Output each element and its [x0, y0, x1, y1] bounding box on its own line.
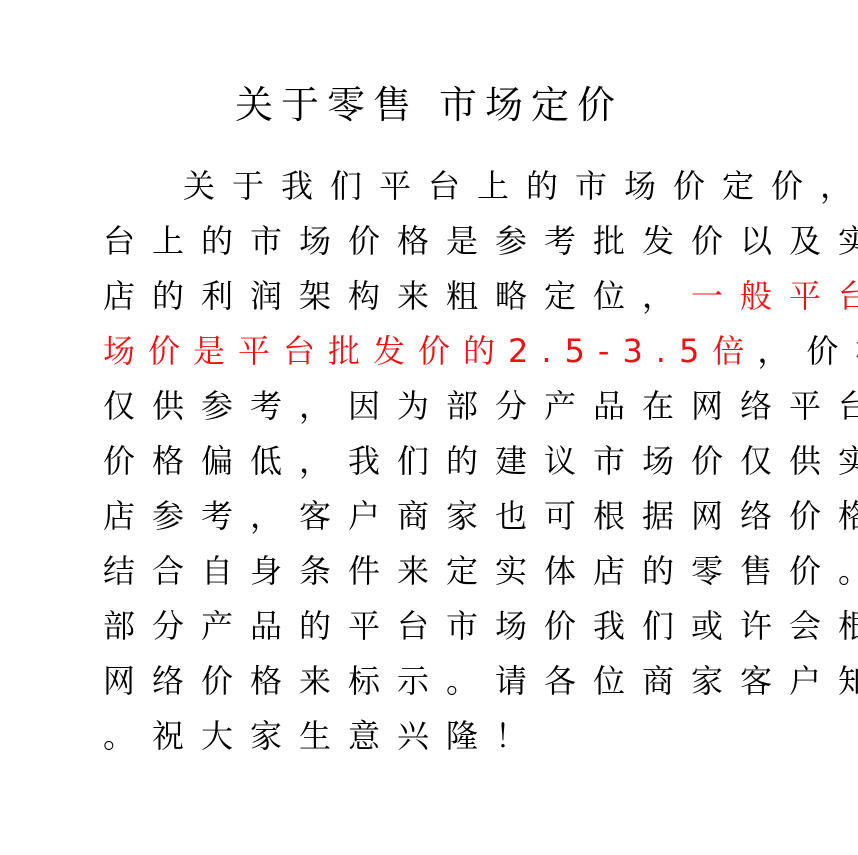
text-segment: 网络价格来标示。请各位商家客户知悉	[103, 662, 858, 700]
text-line: 。祝大家生意兴隆！	[103, 712, 803, 767]
notice-paragraph: 关于我们平台上的市场价定价，平 台上的市场价格是参考批发价以及实体 店的利润架构…	[103, 162, 803, 767]
text-segment: 价格偏低，我们的建议市场价仅供实体	[103, 442, 858, 480]
text-line: 关于我们平台上的市场价定价，平	[103, 162, 803, 217]
text-line: 网络价格来标示。请各位商家客户知悉	[103, 657, 803, 712]
text-line: 台上的市场价格是参考批发价以及实体	[103, 217, 803, 272]
highlight-text: 一般平台市	[691, 277, 858, 315]
text-line: 价格偏低，我们的建议市场价仅供实体	[103, 437, 803, 492]
text-segment: 台上的市场价格是参考批发价以及实体	[103, 222, 858, 260]
highlight-text: 场价是平台批发价的2.5-3.5倍	[103, 332, 757, 370]
text-segment: 店的利润架构来粗略定位，	[103, 277, 691, 315]
text-segment: ，价格	[757, 332, 858, 370]
text-line: 店的利润架构来粗略定位，一般平台市	[103, 272, 803, 327]
text-segment: 店参考，客户商家也可根据网络价格再	[103, 497, 858, 535]
text-segment: 仅供参考，因为部分产品在网络平台上	[103, 387, 858, 425]
text-line: 部分产品的平台市场价我们或许会根据	[103, 602, 803, 657]
text-line: 店参考，客户商家也可根据网络价格再	[103, 492, 803, 547]
page-title: 关于零售 市场定价	[0, 78, 858, 132]
text-line: 场价是平台批发价的2.5-3.5倍，价格	[103, 327, 803, 382]
text-segment: 部分产品的平台市场价我们或许会根据	[103, 607, 858, 645]
text-line: 仅供参考，因为部分产品在网络平台上	[103, 382, 803, 437]
text-line: 结合自身条件来定实体店的零售价。少	[103, 547, 803, 602]
text-segment: 结合自身条件来定实体店的零售价。少	[103, 552, 858, 590]
text-segment: 。祝大家生意兴隆！	[103, 717, 544, 755]
text-segment: 关于我们平台上的市场价定价，平	[183, 167, 858, 205]
